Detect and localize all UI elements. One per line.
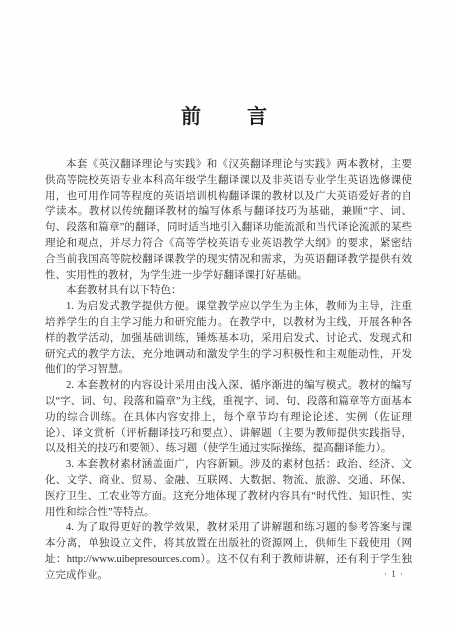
document-body: 本套《英汉翻译理论与实践》和《汉英翻译理论与实践》两本教材，主要供高等院校英语专… bbox=[45, 157, 412, 584]
paragraph-features-lead: 本套教材具有以下特色： bbox=[45, 283, 412, 299]
document-page: 前 言 本套《英汉翻译理论与实践》和《汉英翻译理论与实践》两本教材，主要供高等院… bbox=[0, 0, 450, 626]
paragraph-feature-1: 1. 为启发式教学提供方便。课堂教学应以学生为主体，教师为主导，注重培养学生的自… bbox=[45, 299, 412, 378]
page-number: · 1 · bbox=[384, 569, 404, 579]
paragraph-feature-2: 2. 本套教材的内容设计采用由浅入深、循序渐进的编写模式。教材的编写以“字、词、… bbox=[45, 378, 412, 457]
paragraph-feature-4: 4. 为了取得更好的教学效果，教材采用了讲解题和练习题的参考答案与课本分离，单独… bbox=[45, 520, 412, 583]
page-title: 前 言 bbox=[0, 100, 450, 129]
paragraph-feature-3: 3. 本套教材素材涵盖面广，内容新颖。涉及的素材包括：政治、经济、文化、文学、商… bbox=[45, 457, 412, 520]
paragraph-intro: 本套《英汉翻译理论与实践》和《汉英翻译理论与实践》两本教材，主要供高等院校英语专… bbox=[45, 157, 412, 283]
